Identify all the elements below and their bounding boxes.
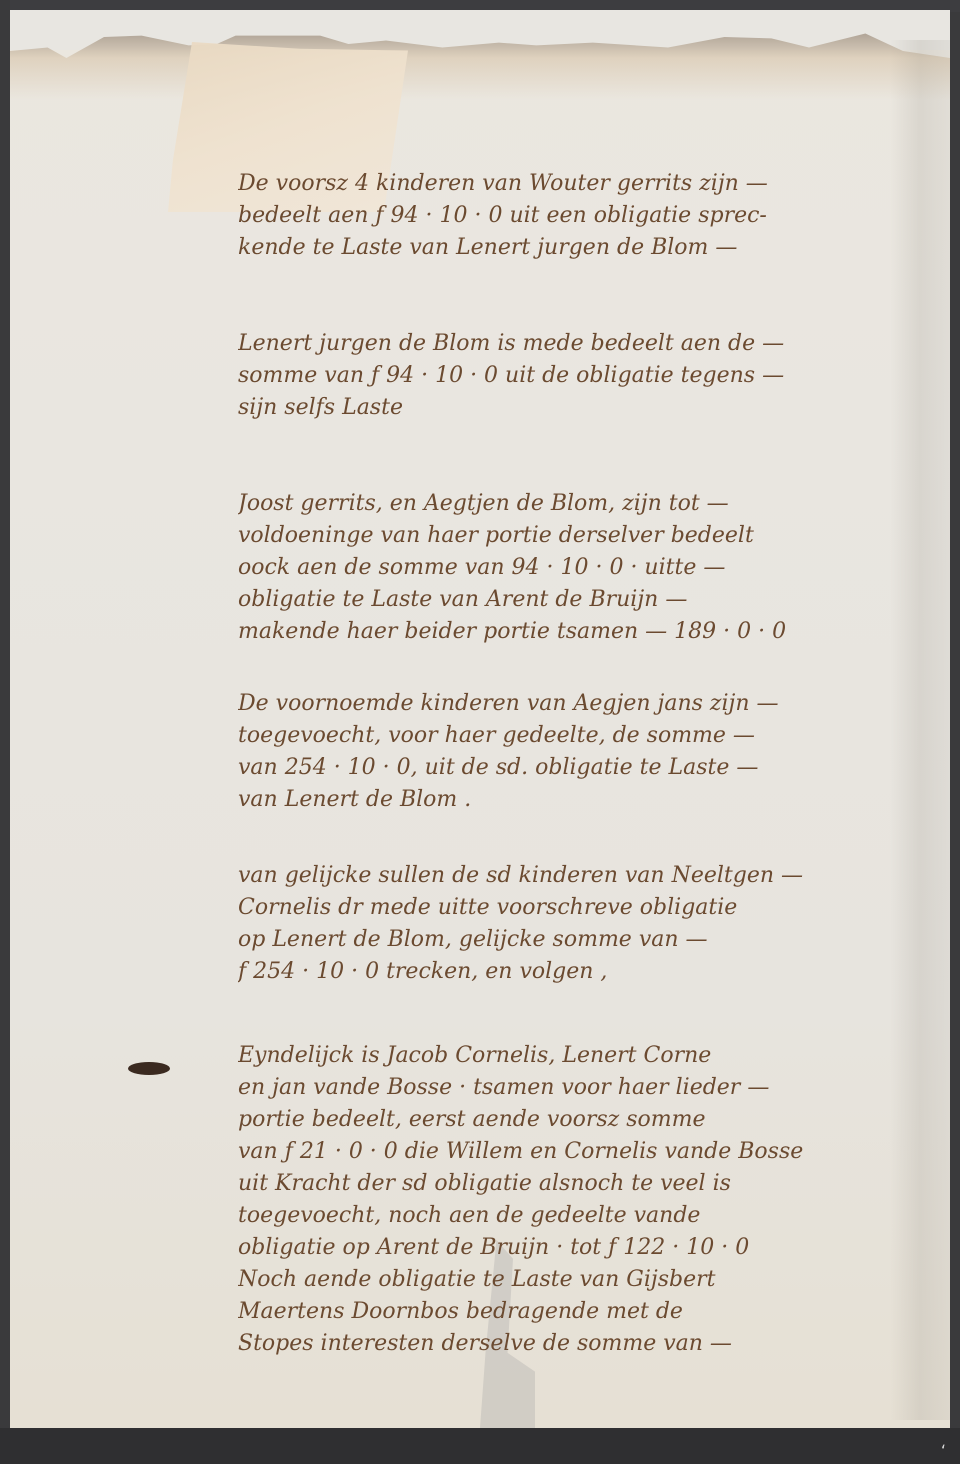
entry-2: Lenert jurgen de Blom is mede bedeelt ae…	[238, 328, 918, 424]
entry-line: bedeelt aen ƒ 94 · 10 · 0 uit een obliga…	[238, 200, 918, 232]
entry-line: Joost gerrits, en Aegtjen de Blom, zijn …	[238, 488, 918, 520]
entry-line: voldoeninge van haer portie derselver be…	[238, 520, 918, 552]
entry-line: toegevoecht, noch aen de gedeelte vande	[238, 1200, 918, 1232]
entry-line: en jan vande Bosse · tsamen voor haer li…	[238, 1072, 918, 1104]
entry-line: van Lenert de Blom .	[238, 784, 918, 816]
scan-border-left	[0, 0, 10, 1464]
entry-line: oock aen de somme van 94 · 10 · 0 · uitt…	[238, 552, 918, 584]
entry-4: De voornoemde kinderen van Aegjen jans z…	[238, 688, 918, 816]
entry-line: van gelijcke sullen de sd kinderen van N…	[238, 860, 918, 892]
manuscript-page: De voorsz 4 kinderen van Wouter gerrits …	[10, 10, 950, 1428]
entry-line: van 254 · 10 · 0, uit de sd. obligatie t…	[238, 752, 918, 784]
entry-line: obligatie op Arent de Bruijn · tot ƒ 122…	[238, 1232, 918, 1264]
entry-line: Eyndelijck is Jacob Cornelis, Lenert Cor…	[238, 1040, 918, 1072]
entry-5: van gelijcke sullen de sd kinderen van N…	[238, 860, 918, 988]
entry-line: Noch aende obligatie te Laste van Gijsbe…	[238, 1264, 918, 1296]
entry-line: kende te Laste van Lenert jurgen de Blom…	[238, 232, 918, 264]
corner-mark: ‘	[941, 1441, 946, 1460]
entry-line: obligatie te Laste van Arent de Bruijn —	[238, 584, 918, 616]
entry-line: ƒ 254 · 10 · 0 trecken, en volgen ,	[238, 956, 918, 988]
entry-line: De voorsz 4 kinderen van Wouter gerrits …	[238, 168, 918, 200]
entry-line: Cornelis dr mede uitte voorschreve oblig…	[238, 892, 918, 924]
entry-line: uit Kracht der sd obligatie alsnoch te v…	[238, 1168, 918, 1200]
entry-line: makende haer beider portie tsamen — 189 …	[238, 616, 918, 648]
entry-line: sijn selfs Laste	[238, 392, 918, 424]
scan-border-bottom	[0, 1428, 960, 1464]
entry-line: Stopes interesten derselve de somme van …	[238, 1328, 918, 1360]
entry-3: Joost gerrits, en Aegtjen de Blom, zijn …	[238, 488, 918, 648]
ink-blot-mark	[128, 1062, 170, 1075]
entry-line: van ƒ 21 · 0 · 0 die Willem en Cornelis …	[238, 1136, 918, 1168]
entry-line: op Lenert de Blom, gelijcke somme van —	[238, 924, 918, 956]
entry-line: toegevoecht, voor haer gedeelte, de somm…	[238, 720, 918, 752]
entry-6: Eyndelijck is Jacob Cornelis, Lenert Cor…	[238, 1040, 918, 1360]
entry-line: Lenert jurgen de Blom is mede bedeelt ae…	[238, 328, 918, 360]
entry-line: somme van ƒ 94 · 10 · 0 uit de obligatie…	[238, 360, 918, 392]
entry-line: portie bedeelt, eerst aende voorsz somme	[238, 1104, 918, 1136]
entry-1: De voorsz 4 kinderen van Wouter gerrits …	[238, 168, 918, 264]
entry-line: Maertens Doornbos bedragende met de	[238, 1296, 918, 1328]
entry-line: De voornoemde kinderen van Aegjen jans z…	[238, 688, 918, 720]
